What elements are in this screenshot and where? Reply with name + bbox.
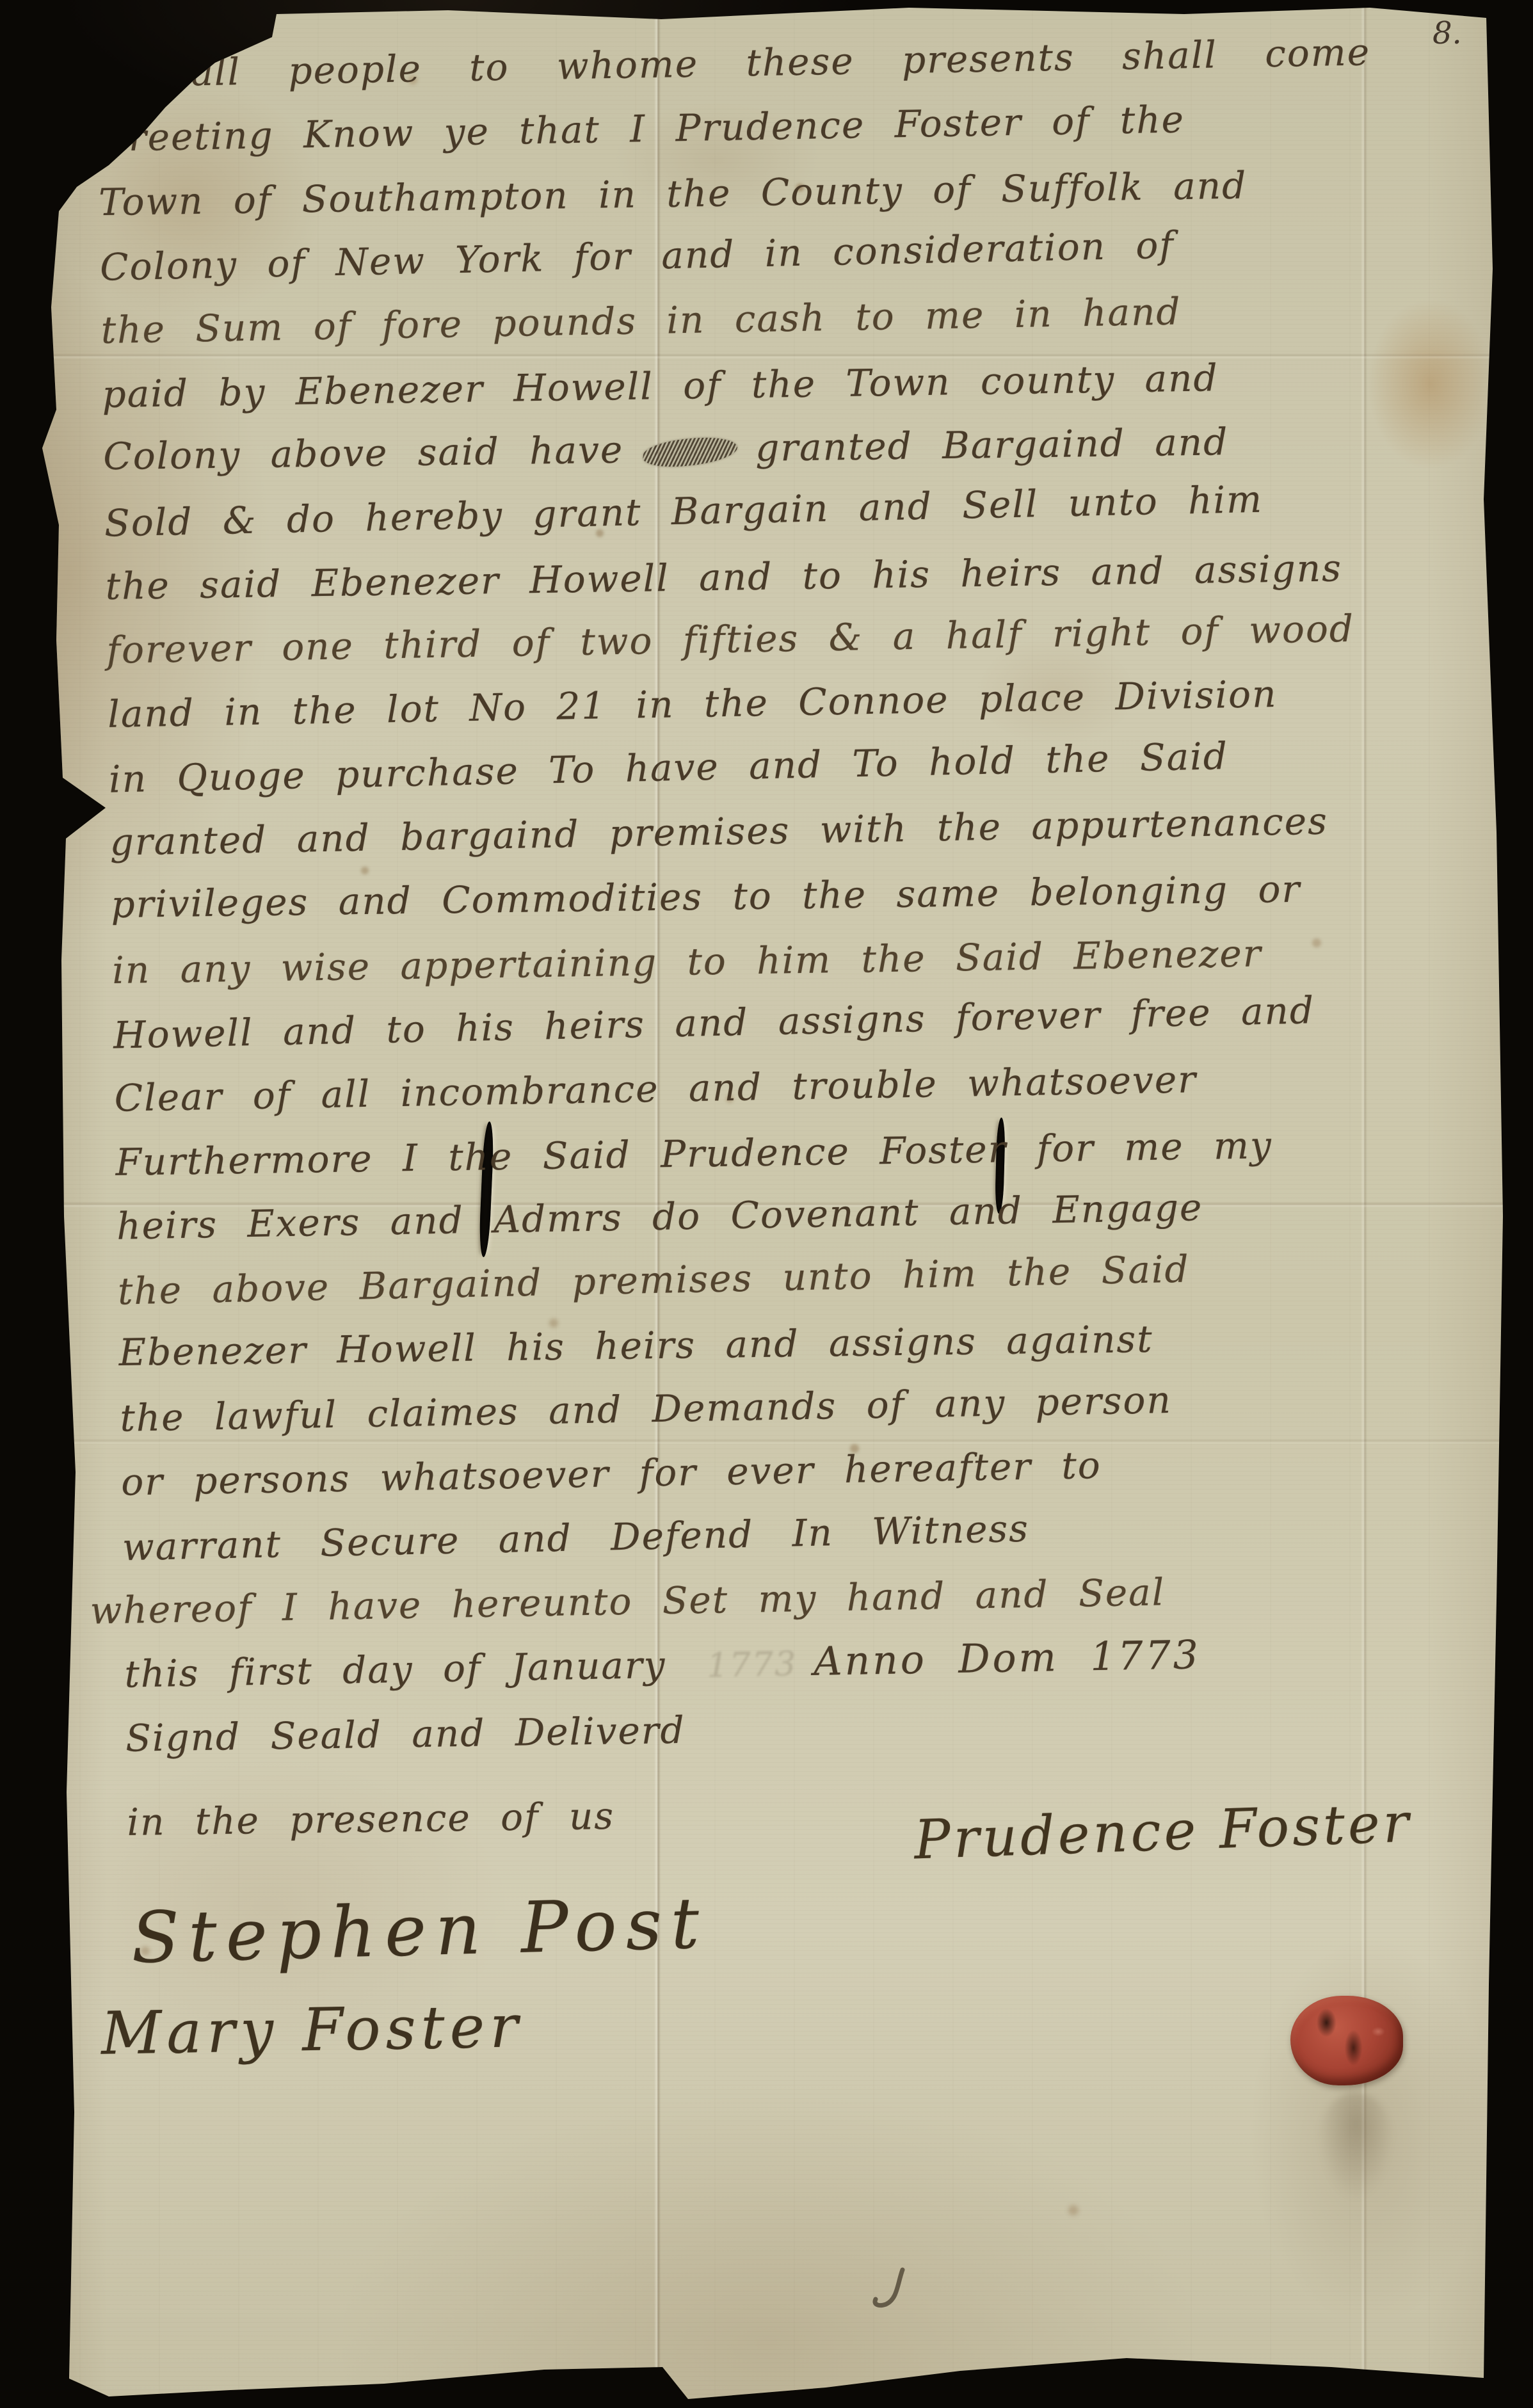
foxing-stain-spots <box>0 0 6 6</box>
date-line-anno-dom: Anno Dom 1773 <box>814 1632 1201 1685</box>
red-wax-seal <box>1290 1996 1403 2085</box>
date-line-left: this first day of January <box>124 1643 666 1696</box>
ink-smudge-mark <box>869 2266 914 2317</box>
manuscript-line-text: granted Bargaind and <box>755 420 1229 470</box>
erased-year-text: 1773 <box>707 1645 798 1685</box>
signature-mary-foster: Mary Foster <box>100 1992 524 2067</box>
signature-stephen-post: Stephen Post <box>130 1882 709 1979</box>
manuscript-text-block: To all people to whome these presents sh… <box>96 18 1510 1856</box>
manuscript-paper-sheet: 8. To all people to whome these presents… <box>0 0 1533 2408</box>
crossed-out-word <box>641 433 739 470</box>
seal-shadow-smudge <box>1317 2092 1394 2201</box>
manuscript-line-text: Colony above said have <box>103 428 624 479</box>
scanned-document-stage: 8. To all people to whome these presents… <box>0 0 1533 2408</box>
